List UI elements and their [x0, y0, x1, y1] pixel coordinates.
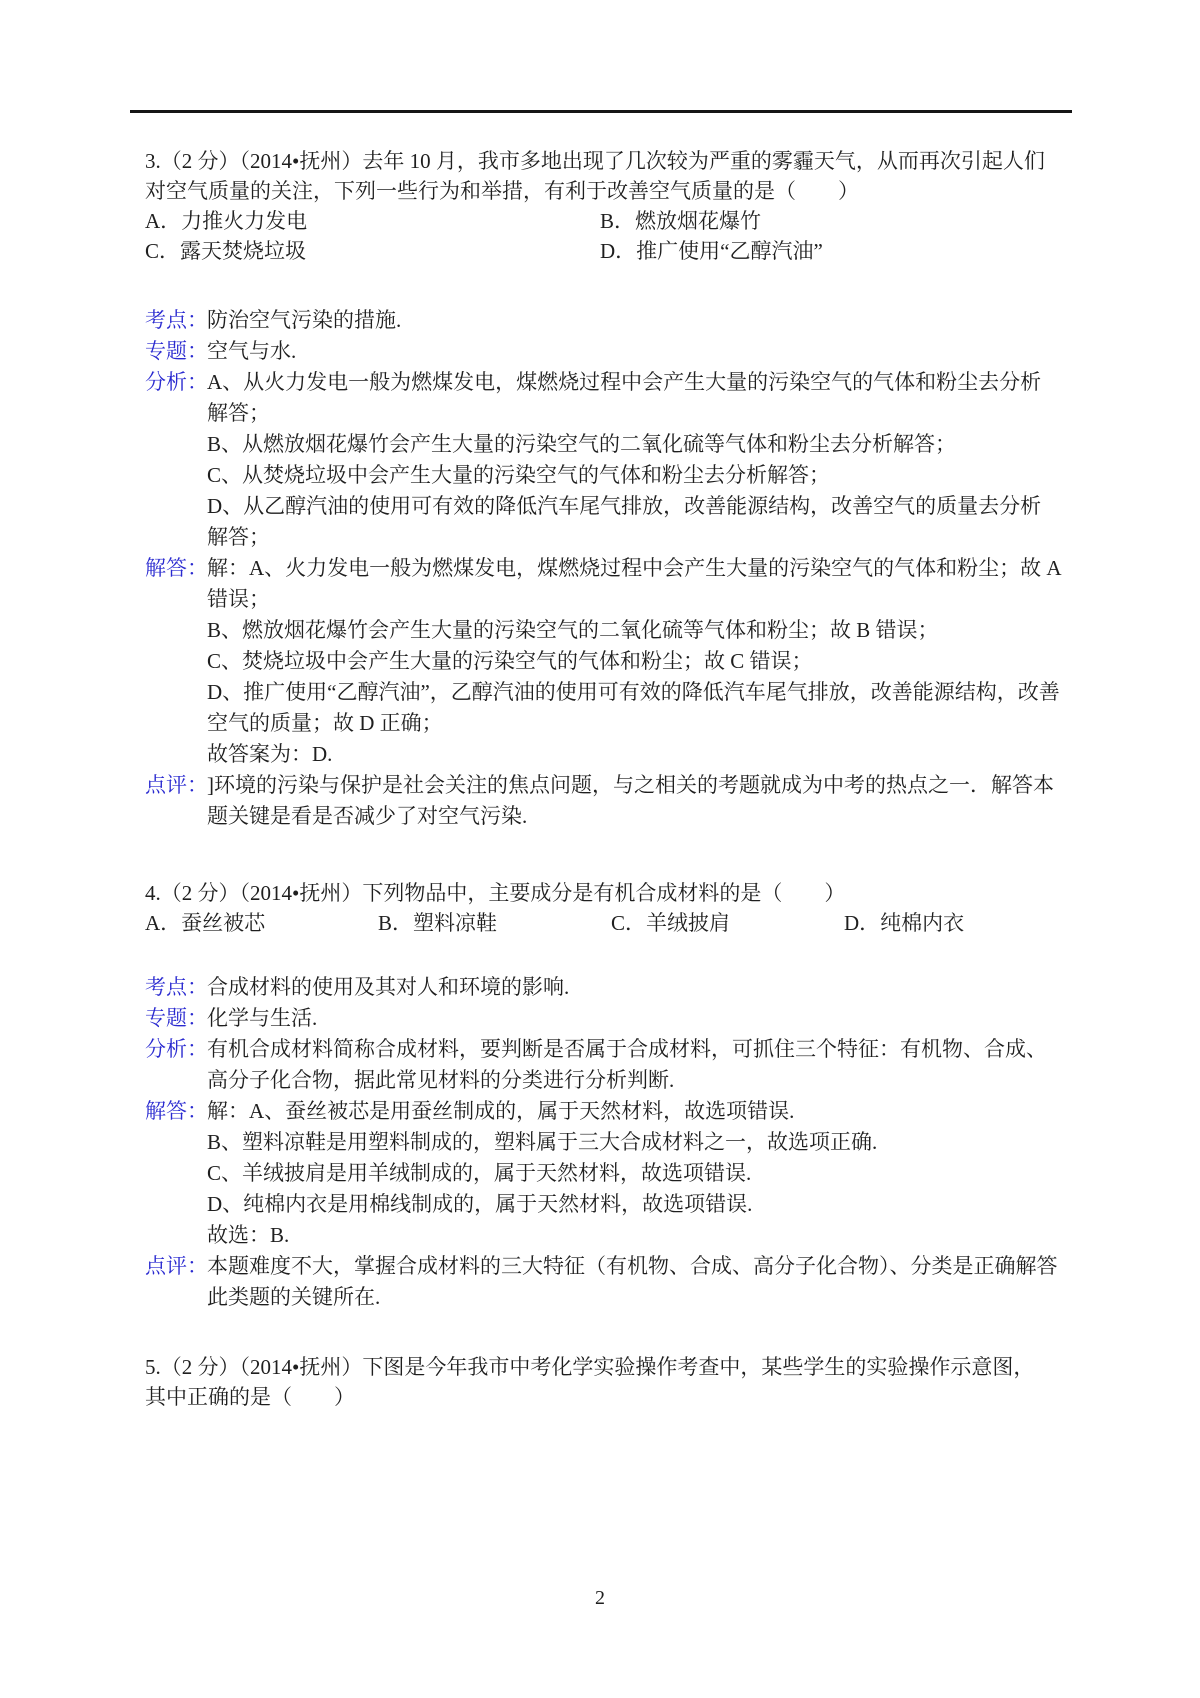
question-3-options: A．力推火力发电 B．燃放烟花爆竹 C．露天焚烧垃圾 D．推广使用“乙醇汽油” [145, 206, 1073, 266]
option-a: A．力推火力发电 [145, 206, 600, 236]
section-line: 解答； [207, 522, 1073, 553]
section-label: 专题： [145, 1003, 207, 1034]
page-content: 3.（2 分）（2014•抚州）去年 10 月，我市多地出现了几次较为严重的雾霾… [145, 146, 1073, 1412]
section-dianping: 点评： ]环境的污染与保护是社会关注的焦点问题，与之相关的考题就成为中考的热点之… [145, 770, 1073, 832]
section-line: C、焚烧垃圾中会产生大量的污染空气的气体和粉尘；故 C 错误； [207, 646, 1073, 677]
question-stem-line: 对空气质量的关注，下列一些行为和举措，有利于改善空气质量的是（ ） [145, 176, 1073, 206]
question-stem-line: 5.（2 分）（2014•抚州）下图是今年我市中考化学实验操作考查中，某些学生的… [145, 1352, 1073, 1382]
question-stem-line: 其中正确的是（ ） [145, 1382, 1073, 1412]
section-line: 解：A、火力发电一般为燃煤发电，煤燃烧过程中会产生大量的污染空气的气体和粉尘；故… [207, 553, 1073, 584]
section-line: 防治空气污染的措施. [207, 305, 1073, 336]
section-line: 高分子化合物，据此常见材料的分类进行分析判断. [207, 1065, 1073, 1096]
section-label: 点评： [145, 1251, 207, 1313]
page-number: 2 [0, 1583, 1200, 1613]
question-4: 4.（2 分）（2014•抚州）下列物品中，主要成分是有机合成材料的是（ ） A… [145, 878, 1073, 1313]
section-line: 化学与生活. [207, 1003, 1073, 1034]
section-line: 空气的质量；故 D 正确； [207, 708, 1073, 739]
section-line: B、从燃放烟花爆竹会产生大量的污染空气的二氧化硫等气体和粉尘去分析解答； [207, 429, 1073, 460]
section-label: 点评： [145, 770, 207, 832]
option-c: C．羊绒披肩 [611, 908, 844, 938]
section-kaodian: 考点： 防治空气污染的措施. [145, 305, 1073, 336]
section-line: 有机合成材料简称合成材料，要判断是否属于合成材料，可抓住三个特征：有机物、合成、 [207, 1034, 1073, 1065]
section-line: D、从乙醇汽油的使用可有效的降低汽车尾气排放，改善能源结构，改善空气的质量去分析 [207, 491, 1073, 522]
section-line: 故选：B. [207, 1220, 1073, 1251]
section-jieda: 解答： 解：A、蚕丝被芯是用蚕丝制成的，属于天然材料，故选项错误. B、塑料凉鞋… [145, 1096, 1073, 1251]
section-fenxi: 分析： A、从火力发电一般为燃煤发电，煤燃烧过程中会产生大量的污染空气的气体和粉… [145, 367, 1073, 553]
section-line: 此类题的关键所在. [207, 1282, 1073, 1313]
section-line: 解：A、蚕丝被芯是用蚕丝制成的，属于天然材料，故选项错误. [207, 1096, 1073, 1127]
option-d: D．纯棉内衣 [844, 908, 1073, 938]
option-b: B．塑料凉鞋 [378, 908, 611, 938]
section-line: B、塑料凉鞋是用塑料制成的，塑料属于三大合成材料之一，故选项正确. [207, 1127, 1073, 1158]
header-rule [130, 110, 1072, 113]
section-label: 考点： [145, 972, 207, 1003]
section-label: 考点： [145, 305, 207, 336]
section-dianping: 点评： 本题难度不大，掌握合成材料的三大特征（有机物、合成、高分子化合物）、分类… [145, 1251, 1073, 1313]
section-line: 本题难度不大，掌握合成材料的三大特征（有机物、合成、高分子化合物）、分类是正确解… [207, 1251, 1073, 1282]
question-stem-line: 4.（2 分）（2014•抚州）下列物品中，主要成分是有机合成材料的是（ ） [145, 878, 1073, 908]
option-a: A．蚕丝被芯 [145, 908, 378, 938]
section-label: 解答： [145, 553, 207, 770]
section-jieda: 解答： 解：A、火力发电一般为燃煤发电，煤燃烧过程中会产生大量的污染空气的气体和… [145, 553, 1073, 770]
section-label: 专题： [145, 336, 207, 367]
section-label: 解答： [145, 1096, 207, 1251]
question-3: 3.（2 分）（2014•抚州）去年 10 月，我市多地出现了几次较为严重的雾霾… [145, 146, 1073, 832]
section-line: B、燃放烟花爆竹会产生大量的污染空气的二氧化硫等气体和粉尘；故 B 错误； [207, 615, 1073, 646]
section-line: D、纯棉内衣是用棉线制成的，属于天然材料，故选项错误. [207, 1189, 1073, 1220]
question-3-explanation: 考点： 防治空气污染的措施. 专题： 空气与水. 分析： A、从火力发电一般为燃… [145, 305, 1073, 832]
section-label: 分析： [145, 367, 207, 553]
option-d: D．推广使用“乙醇汽油” [600, 236, 1073, 266]
section-line: ]环境的污染与保护是社会关注的焦点问题，与之相关的考题就成为中考的热点之一．解答… [207, 770, 1073, 801]
section-label: 分析： [145, 1034, 207, 1096]
question-4-explanation: 考点： 合成材料的使用及其对人和环境的影响. 专题： 化学与生活. 分析： 有机… [145, 972, 1073, 1313]
section-line: 空气与水. [207, 336, 1073, 367]
section-line: 故答案为：D. [207, 739, 1073, 770]
section-line: 解答； [207, 398, 1073, 429]
section-line: 合成材料的使用及其对人和环境的影响. [207, 972, 1073, 1003]
section-line: 题关键是看是否减少了对空气污染. [207, 801, 1073, 832]
option-b: B．燃放烟花爆竹 [600, 206, 1073, 236]
section-line: C、从焚烧垃圾中会产生大量的污染空气的气体和粉尘去分析解答； [207, 460, 1073, 491]
section-zhuanti: 专题： 空气与水. [145, 336, 1073, 367]
document-page: 3.（2 分）（2014•抚州）去年 10 月，我市多地出现了几次较为严重的雾霾… [0, 0, 1200, 1698]
section-fenxi: 分析： 有机合成材料简称合成材料，要判断是否属于合成材料，可抓住三个特征：有机物… [145, 1034, 1073, 1096]
section-kaodian: 考点： 合成材料的使用及其对人和环境的影响. [145, 972, 1073, 1003]
section-zhuanti: 专题： 化学与生活. [145, 1003, 1073, 1034]
section-line: D、推广使用“乙醇汽油”，乙醇汽油的使用可有效的降低汽车尾气排放，改善能源结构，… [207, 677, 1073, 708]
section-line: 错误； [207, 584, 1073, 615]
section-line: C、羊绒披肩是用羊绒制成的，属于天然材料，故选项错误. [207, 1158, 1073, 1189]
question-stem-line: 3.（2 分）（2014•抚州）去年 10 月，我市多地出现了几次较为严重的雾霾… [145, 146, 1073, 176]
question-5: 5.（2 分）（2014•抚州）下图是今年我市中考化学实验操作考查中，某些学生的… [145, 1352, 1073, 1412]
option-c: C．露天焚烧垃圾 [145, 236, 600, 266]
question-4-options: A．蚕丝被芯 B．塑料凉鞋 C．羊绒披肩 D．纯棉内衣 [145, 908, 1073, 938]
section-line: A、从火力发电一般为燃煤发电，煤燃烧过程中会产生大量的污染空气的气体和粉尘去分析 [207, 367, 1073, 398]
